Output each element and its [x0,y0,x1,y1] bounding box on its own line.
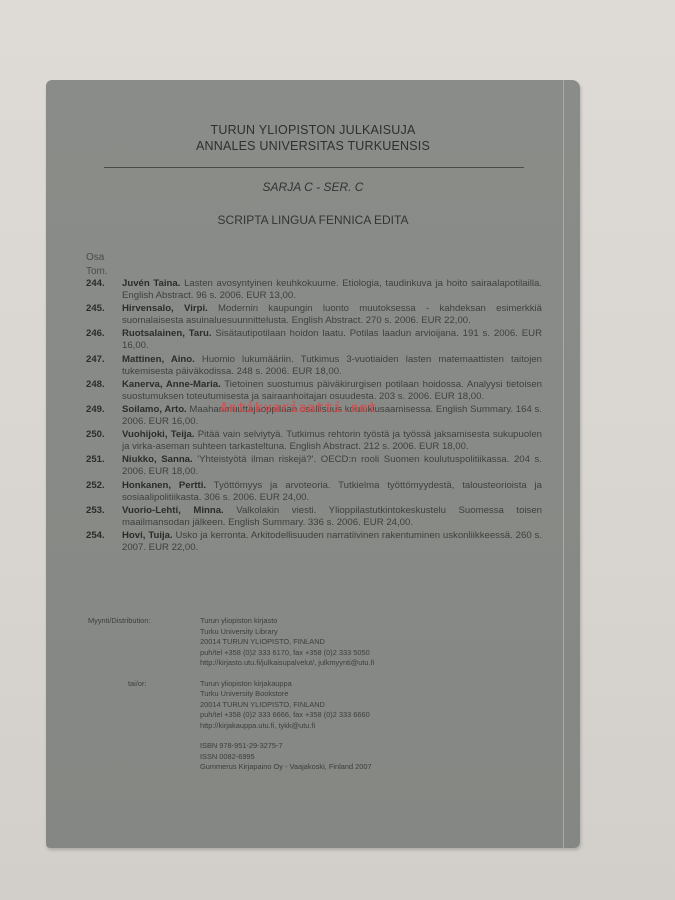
publication-list: 244.Juvén Taina. Lasten avosyntyinen keu… [86,278,542,555]
distribution-primary-address: Turun yliopiston kirjasto Turku Universi… [200,616,374,669]
address-line: Turku University Bookstore [200,689,370,700]
distribution-secondary: tai/or: Turun yliopiston kirjakauppa Tur… [88,679,528,732]
entry-author: Honkanen, Pertti. [122,480,206,491]
publication-entry: 253.Vuorio-Lehti, Minna. Valkolakin vies… [86,505,542,529]
volume-number: 247. [86,354,122,378]
entry-author: Mattinen, Aino. [122,354,195,365]
subseries-title: SCRIPTA LINGUA FENNICA EDITA [46,213,580,227]
alternative-label: tai/or: [88,679,200,732]
printer-info: Gummerus Kirjapaino Oy - Vaajakoski, Fin… [200,762,528,773]
entry-description: Ruotsalainen, Taru. Sisätautipotilaan ho… [122,328,542,352]
identifier-block: ISBN 978-951-29-3275-7 ISSN 0082-6995 Gu… [200,741,528,773]
publisher-name-latin: ANNALES UNIVERSITAS TURKUENSIS [46,138,580,154]
address-line: 20014 TURUN YLIOPISTO, FINLAND [200,637,374,648]
volume-number: 246. [86,328,122,352]
address-line: Turun yliopiston kirjakauppa [200,679,370,690]
entry-author: Kanerva, Anne-Maria. [122,379,221,390]
volume-number: 244. [86,278,122,302]
entry-author: Hovi, Tuija. [122,530,173,541]
entry-description: Honkanen, Pertti. Työttömyys ja arvoteor… [122,480,542,504]
publication-entry: 254.Hovi, Tuija. Usko ja kerronta. Arkit… [86,530,542,554]
publisher-name-finnish: TURUN YLIOPISTON JULKAISUJA [211,123,416,137]
volume-number: 251. [86,454,122,478]
publication-entry: 251.Niukko, Sanna. 'Yhteistyötä ilman ri… [86,454,542,478]
publisher-header: TURUN YLIOPISTON JULKAISUJA ANNALES UNIV… [46,122,580,154]
watermark: Antikvariaatti.net [220,400,377,416]
entry-description: Hovi, Tuija. Usko ja kerronta. Arkitodel… [122,530,542,554]
address-line: 20014 TURUN YLIOPISTO, FINLAND [200,700,370,711]
distribution-primary: Myynti/Distribution: Turun yliopiston ki… [88,616,528,669]
address-line: Turun yliopiston kirjasto [200,616,374,627]
publication-entry: 246.Ruotsalainen, Taru. Sisätautipotilaa… [86,328,542,352]
entry-author: Hirvensalo, Virpi. [122,303,208,314]
entry-author: Niukko, Sanna. [122,454,193,465]
volume-number: 249. [86,404,122,428]
publication-entry: 247.Mattinen, Aino. Huomio lukumääriin. … [86,354,542,378]
volume-number: 253. [86,505,122,529]
volume-number: 245. [86,303,122,327]
spine-fold-line [563,80,564,848]
web-email-line: http://kirjakauppa.utu.fi, tykk@utu.fi [200,721,370,732]
volume-number: 248. [86,379,122,403]
volume-number: 250. [86,429,122,453]
entry-author: Ruotsalainen, Taru. [122,328,212,339]
publication-entry: 252.Honkanen, Pertti. Työttömyys ja arvo… [86,480,542,504]
entry-description: Vuorio-Lehti, Minna. Valkolakin viesti. … [122,505,542,529]
distribution-label: Myynti/Distribution: [88,616,200,669]
entry-author: Juvén Taina. [122,278,180,289]
entry-description: Vuohijoki, Teija. Pitää vain selviytyä. … [122,429,542,453]
volume-column-label: Osa Tom. [86,251,108,279]
volume-number: 254. [86,530,122,554]
entry-title-details: Lasten avosyntyinen keuhkokuume. Etiolog… [122,278,542,301]
book-back-cover: TURUN YLIOPISTON JULKAISUJA ANNALES UNIV… [46,80,580,848]
entry-author: Vuorio-Lehti, Minna. [122,505,224,516]
entry-description: Mattinen, Aino. Huomio lukumääriin. Tutk… [122,354,542,378]
publication-entry: 250.Vuohijoki, Teija. Pitää vain selviyt… [86,429,542,453]
publication-entry: 245.Hirvensalo, Virpi. Modernin kaupungi… [86,303,542,327]
volume-label-finnish: Osa [86,251,108,265]
entry-title-details: Usko ja kerronta. Arkitodellisuuden narr… [122,530,542,553]
entry-description: Juvén Taina. Lasten avosyntyinen keuhkok… [122,278,542,302]
volume-number: 252. [86,480,122,504]
entry-author: Soilamo, Arto. [122,404,187,415]
header-divider [104,167,524,168]
isbn: ISBN 978-951-29-3275-7 [200,741,528,752]
series-title: SARJA C - SER. C [46,180,580,194]
entry-description: Hirvensalo, Virpi. Modernin kaupungin lu… [122,303,542,327]
phone-line: puh/tel +358 (0)2 333 6666, fax +358 (0)… [200,710,370,721]
issn: ISSN 0082-6995 [200,752,528,763]
volume-label-latin: Tom. [86,265,108,279]
entry-description: Niukko, Sanna. 'Yhteistyötä ilman riskej… [122,454,542,478]
address-line: Turku University Library [200,627,374,638]
distribution-secondary-address: Turun yliopiston kirjakauppa Turku Unive… [200,679,370,732]
entry-author: Vuohijoki, Teija. [122,429,195,440]
phone-line: puh/tel +358 (0)2 333 6170, fax +358 (0)… [200,648,374,659]
web-email-line: http://kirjasto.utu.fi/julkaisupalvelut/… [200,658,374,669]
publication-entry: 244.Juvén Taina. Lasten avosyntyinen keu… [86,278,542,302]
distribution-info: Myynti/Distribution: Turun yliopiston ki… [88,616,528,773]
